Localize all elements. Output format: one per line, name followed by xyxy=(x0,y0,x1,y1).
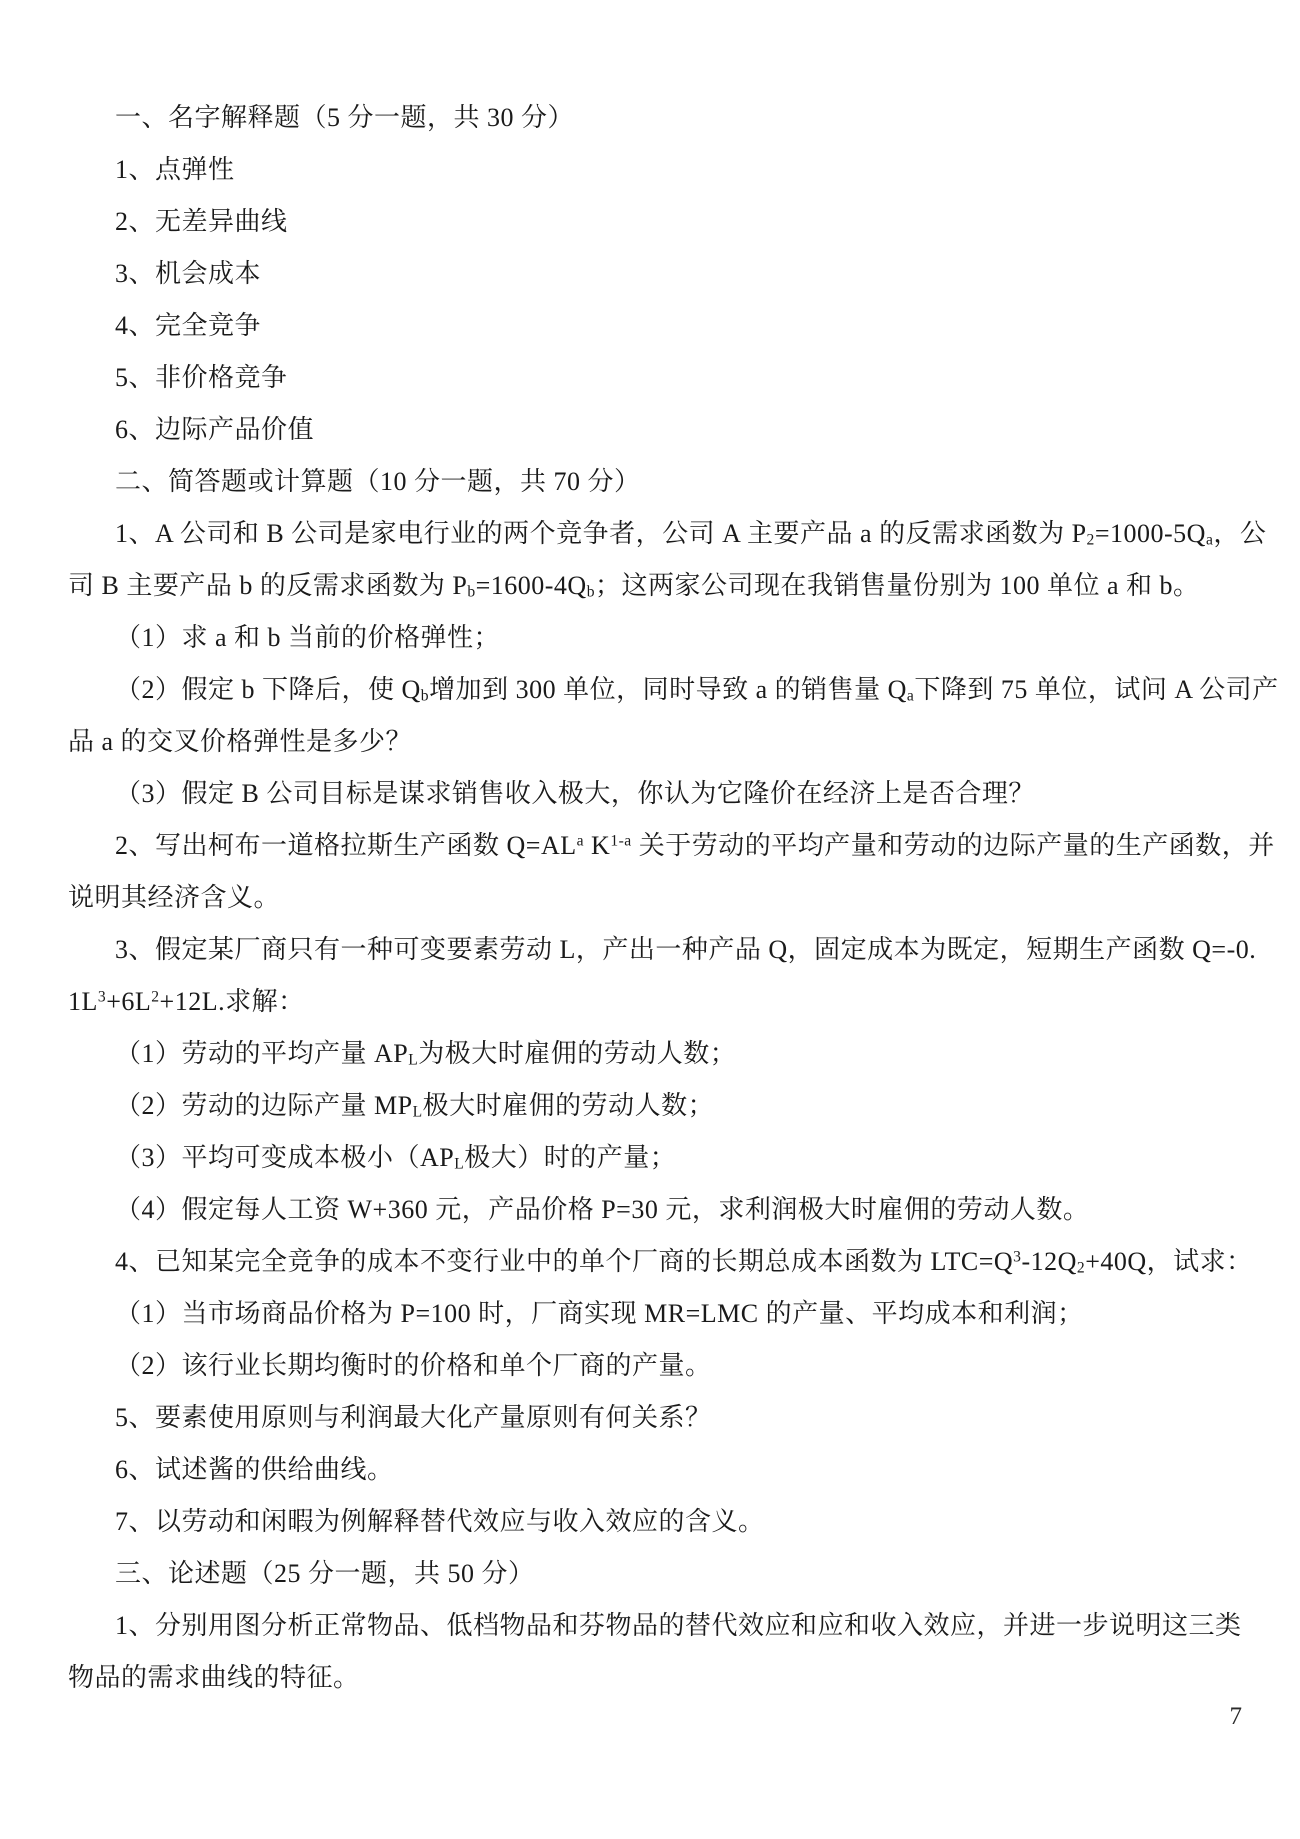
text-run: +40Q，试求： xyxy=(1085,1247,1252,1276)
sub-text: L xyxy=(413,1103,423,1120)
sup-text: 2 xyxy=(151,988,159,1005)
text-run: 1、分别用图分析正常物品、低档物品和芬物品的替代效应和应和收入效应，并进一步说明… xyxy=(115,1611,1242,1640)
text-line-item: 1、分别用图分析正常物品、低档物品和芬物品的替代效应和应和收入效应，并进一步说明… xyxy=(68,1600,1250,1652)
text-run: 品 a 的交叉价格弹性是多少？ xyxy=(68,727,412,756)
sub-text: 2 xyxy=(1077,1259,1085,1276)
text-run: 3、机会成本 xyxy=(115,259,261,288)
sub-text: b xyxy=(587,583,595,600)
text-line-item: （2）劳动的边际产量 MPL极大时雇佣的劳动人数； xyxy=(68,1080,1250,1132)
text-line-item: 4、完全竞争 xyxy=(68,300,1250,352)
text-run: 下降到 75 单位，试问 A 公司产 xyxy=(914,675,1278,704)
text-run: 6、试述酱的供给曲线。 xyxy=(115,1455,394,1484)
text-line-item: 4、已知某完全竞争的成本不变行业中的单个厂商的长期总成本函数为 LTC=Q3-1… xyxy=(68,1236,1250,1288)
text-line-section-header: 二、简答题或计算题（10 分一题，共 70 分） xyxy=(68,456,1250,508)
sup-text: a xyxy=(577,832,584,849)
text-run: 极大）时的产量； xyxy=(464,1143,676,1172)
text-run: 3、假定某厂商只有一种可变要素劳动 L，产出一种产品 Q，固定成本为既定，短期生… xyxy=(115,935,1256,964)
text-line-continuation: 品 a 的交叉价格弹性是多少？ xyxy=(68,716,1250,768)
text-line-item: 3、机会成本 xyxy=(68,248,1250,300)
text-run: 二、简答题或计算题（10 分一题，共 70 分） xyxy=(115,467,641,496)
text-line-item: （1）劳动的平均产量 APL为极大时雇佣的劳动人数； xyxy=(68,1028,1250,1080)
text-line-section-header: 一、名字解释题（5 分一题，共 30 分） xyxy=(68,92,1250,144)
sub-text: L xyxy=(454,1155,464,1172)
text-run: 1、A 公司和 B 公司是家电行业的两个竞争者，公司 A 主要产品 a 的反需求… xyxy=(115,519,1087,548)
text-line-item: （1）求 a 和 b 当前的价格弹性； xyxy=(68,612,1250,664)
sub-text: b xyxy=(421,687,429,704)
text-run: （3）假定 B 公司目标是谋求销售收入极大，你认为它隆价在经济上是否合理？ xyxy=(115,779,1035,808)
text-run: 司 B 主要产品 b 的反需求函数为 P xyxy=(68,571,467,600)
text-run: 说明其经济含义。 xyxy=(68,883,280,912)
text-run: （1）求 a 和 b 当前的价格弹性； xyxy=(115,623,500,652)
text-run: 为极大时雇佣的劳动人数； xyxy=(418,1039,736,1068)
text-line-continuation: 物品的需求曲线的特征。 xyxy=(68,1652,1250,1704)
text-line-item: （2）假定 b 下降后，使 Qb增加到 300 单位，同时导致 a 的销售量 Q… xyxy=(68,664,1250,716)
text-run: 1L xyxy=(68,987,98,1016)
text-run: 1、点弹性 xyxy=(115,155,235,184)
text-line-item: （1）当市场商品价格为 P=100 时，厂商实现 MR=LMC 的产量、平均成本… xyxy=(68,1288,1250,1340)
text-line-item: 2、无差异曲线 xyxy=(68,196,1250,248)
text-run: 关于劳动的平均产量和劳动的边际产量的生产函数，并 xyxy=(632,831,1275,860)
sub-text: L xyxy=(408,1051,418,1068)
text-run: ；这两家公司现在我销售量份别为 100 单位 a 和 b。 xyxy=(595,571,1200,600)
text-run: -12Q xyxy=(1021,1247,1076,1276)
text-run: 2、写出柯布一道格拉斯生产函数 Q=AL xyxy=(115,831,577,860)
text-line-item: （3）平均可变成本极小（APL极大）时的产量； xyxy=(68,1132,1250,1184)
text-run: （4）假定每人工资 W+360 元，产品价格 P=30 元，求利润极大时雇佣的劳… xyxy=(115,1195,1089,1224)
text-run: （3）平均可变成本极小（AP xyxy=(115,1143,454,1172)
text-run: （1）劳动的平均产量 AP xyxy=(115,1039,408,1068)
text-run: +12L.求解： xyxy=(160,987,305,1016)
text-line-item: 1、点弹性 xyxy=(68,144,1250,196)
text-line-item: 1、A 公司和 B 公司是家电行业的两个竞争者，公司 A 主要产品 a 的反需求… xyxy=(68,508,1250,560)
text-run: 5、非价格竞争 xyxy=(115,363,288,392)
text-line-item: （2）该行业长期均衡时的价格和单个厂商的产量。 xyxy=(68,1340,1250,1392)
text-run: K xyxy=(584,831,610,860)
text-run: +6L xyxy=(106,987,151,1016)
page-number: 7 xyxy=(1230,1702,1243,1732)
text-run: 5、要素使用原则与利润最大化产量原则有何关系？ xyxy=(115,1403,712,1432)
sup-text: 1-a xyxy=(610,832,631,849)
text-line-section-header: 三、论述题（25 分一题，共 50 分） xyxy=(68,1548,1250,1600)
sub-text: b xyxy=(467,583,475,600)
text-run: 4、完全竞争 xyxy=(115,311,261,340)
sub-text: 2 xyxy=(1087,531,1095,548)
text-run: 物品的需求曲线的特征。 xyxy=(68,1663,360,1692)
text-run: 7、以劳动和闲暇为例解释替代效应与收入效应的含义。 xyxy=(115,1507,765,1536)
text-run: 极大时雇佣的劳动人数； xyxy=(423,1091,715,1120)
text-line-item: 5、非价格竞争 xyxy=(68,352,1250,404)
document-page: 一、名字解释题（5 分一题，共 30 分）1、点弹性2、无差异曲线3、机会成本4… xyxy=(0,0,1300,1839)
text-run: 2、无差异曲线 xyxy=(115,207,288,236)
text-line-item: （3）假定 B 公司目标是谋求销售收入极大，你认为它隆价在经济上是否合理？ xyxy=(68,768,1250,820)
text-run: =1000-5Q xyxy=(1095,519,1206,548)
text-line-continuation: 1L3+6L2+12L.求解： xyxy=(68,976,1250,1028)
document-body: 一、名字解释题（5 分一题，共 30 分）1、点弹性2、无差异曲线3、机会成本4… xyxy=(68,92,1250,1704)
text-line-item: 7、以劳动和闲暇为例解释替代效应与收入效应的含义。 xyxy=(68,1496,1250,1548)
text-line-item: 6、边际产品价值 xyxy=(68,404,1250,456)
text-run: （2）该行业长期均衡时的价格和单个厂商的产量。 xyxy=(115,1351,712,1380)
text-run: （1）当市场商品价格为 P=100 时，厂商实现 MR=LMC 的产量、平均成本… xyxy=(115,1299,1084,1328)
text-run: 增加到 300 单位，同时导致 a 的销售量 Q xyxy=(429,675,907,704)
text-run: =1600-4Q xyxy=(476,571,587,600)
text-line-item: 5、要素使用原则与利润最大化产量原则有何关系？ xyxy=(68,1392,1250,1444)
text-line-item: （4）假定每人工资 W+360 元，产品价格 P=30 元，求利润极大时雇佣的劳… xyxy=(68,1184,1250,1236)
text-run: 一、名字解释题（5 分一题，共 30 分） xyxy=(115,103,574,132)
text-run: （2）假定 b 下降后，使 Q xyxy=(115,675,421,704)
text-run: 4、已知某完全竞争的成本不变行业中的单个厂商的长期总成本函数为 LTC=Q xyxy=(115,1247,1013,1276)
text-run: ，公 xyxy=(1213,519,1266,548)
text-run: 6、边际产品价值 xyxy=(115,415,314,444)
text-line-item: 3、假定某厂商只有一种可变要素劳动 L，产出一种产品 Q，固定成本为既定，短期生… xyxy=(68,924,1250,976)
sup-text: 3 xyxy=(98,988,106,1005)
text-run: 三、论述题（25 分一题，共 50 分） xyxy=(115,1559,535,1588)
text-line-continuation: 说明其经济含义。 xyxy=(68,872,1250,924)
text-run: （2）劳动的边际产量 MP xyxy=(115,1091,413,1120)
text-line-item: 6、试述酱的供给曲线。 xyxy=(68,1444,1250,1496)
text-line-item: 2、写出柯布一道格拉斯生产函数 Q=ALa K1-a 关于劳动的平均产量和劳动的… xyxy=(68,820,1250,872)
text-line-continuation: 司 B 主要产品 b 的反需求函数为 Pb=1600-4Qb；这两家公司现在我销… xyxy=(68,560,1250,612)
